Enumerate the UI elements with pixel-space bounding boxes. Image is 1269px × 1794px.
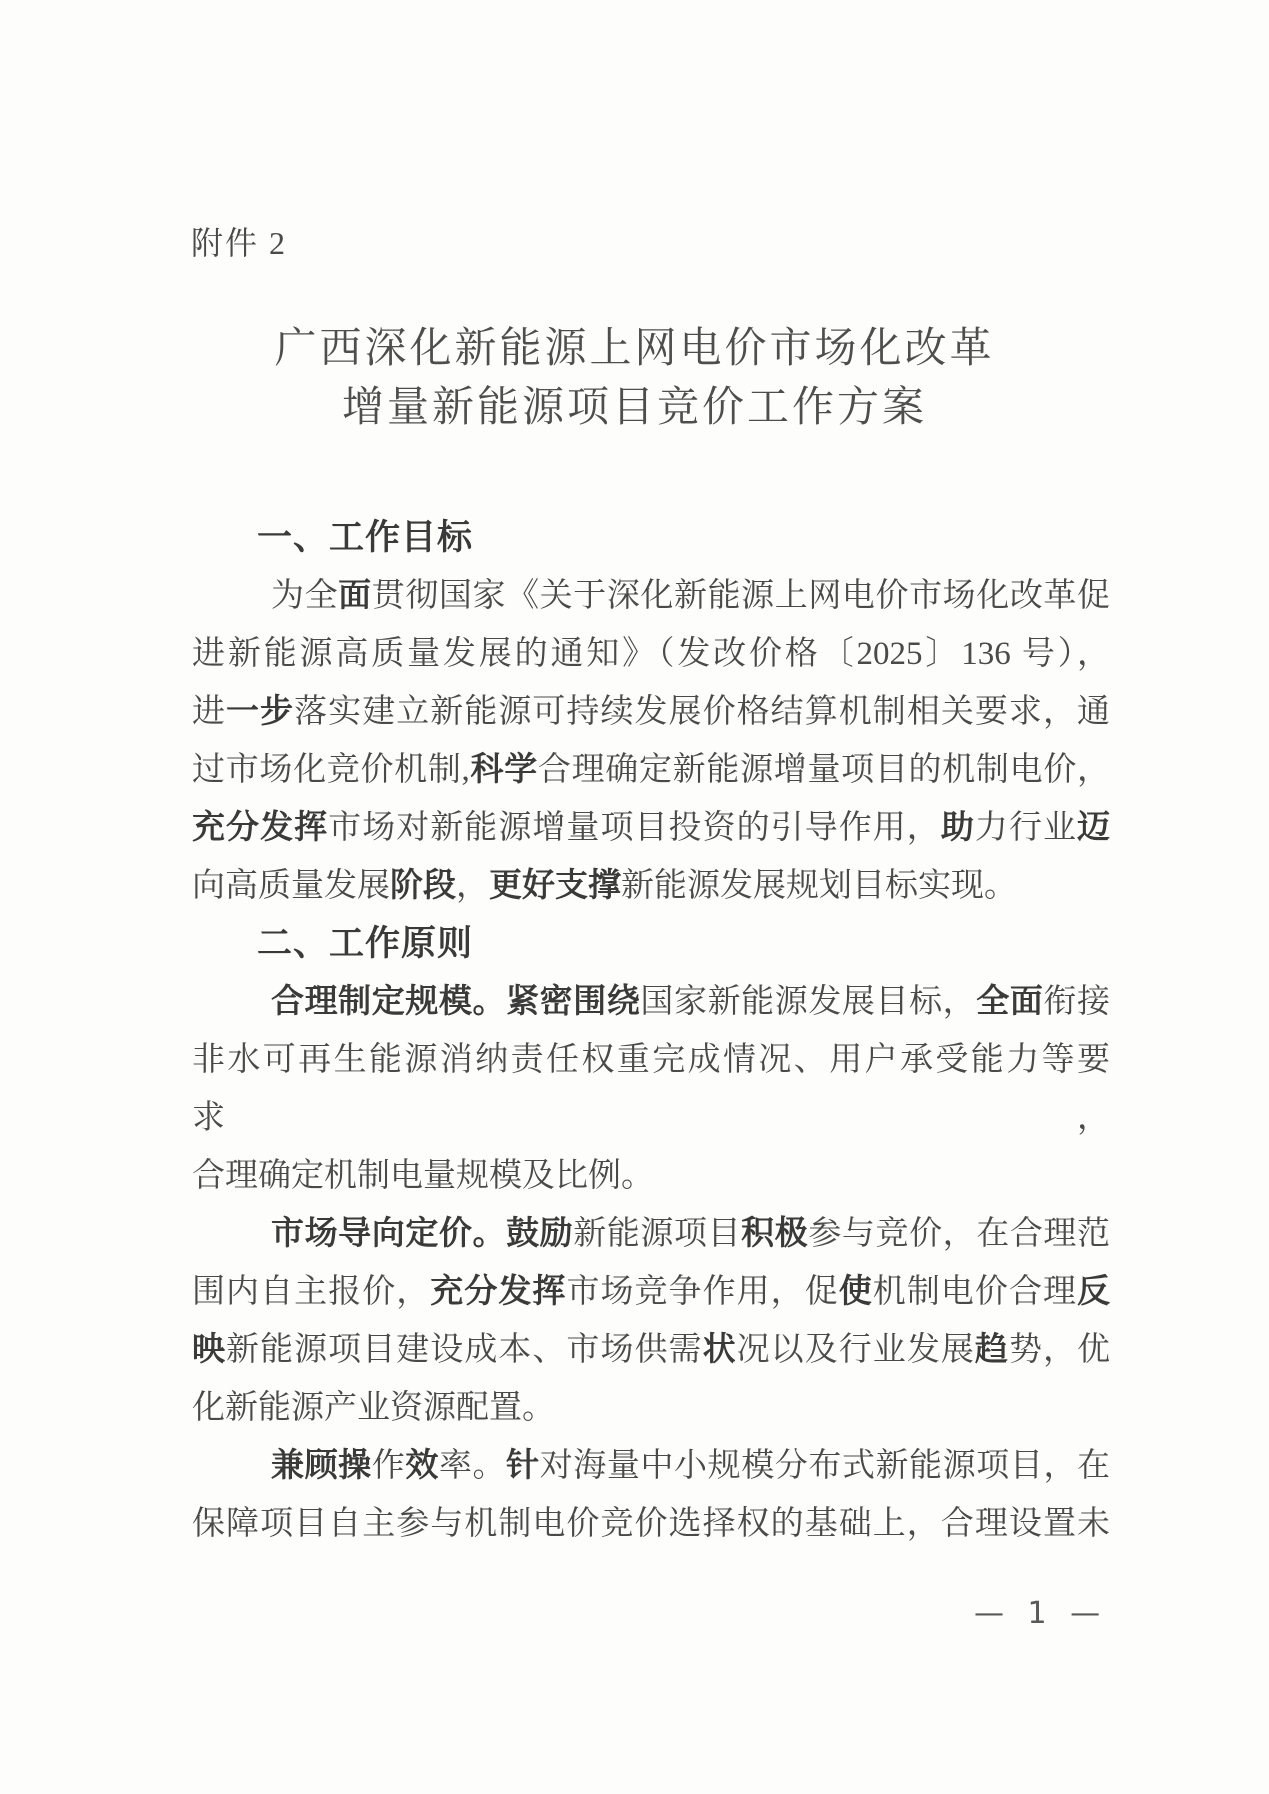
body-line: 映新能源项目建设成本、市场供需状况以及行业发展趋势，优 xyxy=(192,1321,1110,1379)
body-line: 向高质量发展阶段，更好支撑新能源发展规划目标实现。 xyxy=(192,857,1110,915)
body-line: 合理制定规模。紧密围绕国家新能源发展目标，全面衔接 xyxy=(192,973,1110,1031)
body-line: 为全面贯彻国家《关于深化新能源上网电价市场化改革促 xyxy=(192,567,1110,625)
document-title-line2: 增量新能源项目竞价工作方案 xyxy=(0,379,1269,438)
body-line: 进新能源高质量发展的通知》（发改价格〔2025〕136 号）， xyxy=(192,625,1110,683)
body-line: 过市场化竞价机制,科学合理确定新能源增量项目的机制电价， xyxy=(192,741,1110,799)
section-heading: 二、工作原则 xyxy=(192,915,1110,973)
body-line: 化新能源产业资源配置。 xyxy=(192,1379,1110,1437)
body-line: 围内自主报价，充分发挥市场竞争作用，促使机制电价合理反 xyxy=(192,1263,1110,1321)
section-heading: 一、工作目标 xyxy=(192,509,1110,567)
document-title: 广西深化新能源上网电价市场化改革 增量新能源项目竞价工作方案 xyxy=(0,320,1269,438)
document-page: 附件 2 广西深化新能源上网电价市场化改革 增量新能源项目竞价工作方案 一、工作… xyxy=(0,0,1269,1794)
body-line: 非水可再生能源消纳责任权重完成情况、用户承受能力等要求， xyxy=(192,1031,1110,1147)
page-number: — 1 — xyxy=(974,1596,1107,1631)
body-line: 兼顾操作效率。针对海量中小规模分布式新能源项目，在 xyxy=(192,1437,1110,1495)
body-line: 合理确定机制电量规模及比例。 xyxy=(192,1147,1110,1205)
body-line: 进一步落实建立新能源可持续发展价格结算机制相关要求，通 xyxy=(192,683,1110,741)
document-body: 一、工作目标为全面贯彻国家《关于深化新能源上网电价市场化改革促进新能源高质量发展… xyxy=(192,509,1110,1553)
document-title-line1: 广西深化新能源上网电价市场化改革 xyxy=(0,320,1269,379)
body-line: 充分发挥市场对新能源增量项目投资的引导作用，助力行业迈 xyxy=(192,799,1110,857)
body-line: 保障项目自主参与机制电价竞价选择权的基础上，合理设置未 xyxy=(192,1495,1110,1553)
body-line: 市场导向定价。鼓励新能源项目积极参与竞价，在合理范 xyxy=(192,1205,1110,1263)
attachment-label: 附件 2 xyxy=(191,218,287,264)
